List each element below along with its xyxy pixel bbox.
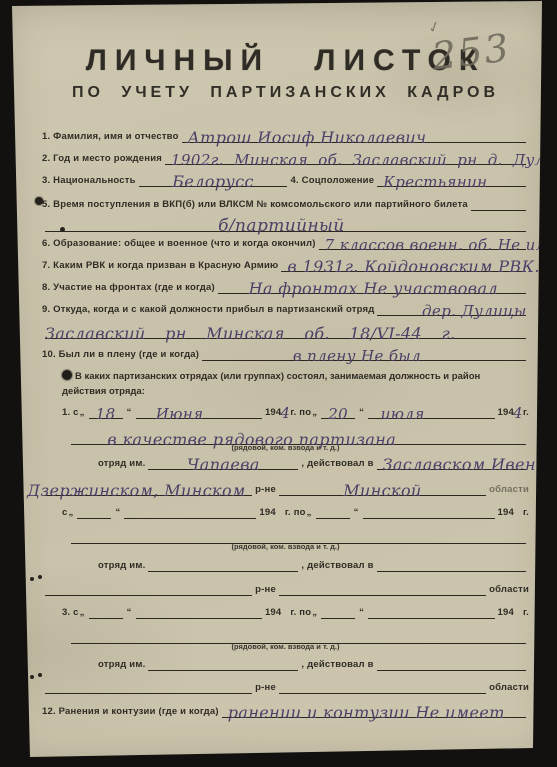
entry-3-day2-line: [321, 606, 355, 619]
quote-close: “: [353, 506, 360, 519]
year-prefix: 194: [498, 606, 514, 619]
po-label: г. по: [290, 406, 311, 419]
field-surname: 1. Фамилия, имя и отчество Атрош Иосиф Н…: [42, 126, 529, 143]
field-captivity-line: в плену Не был: [202, 348, 526, 361]
form-content: ЛИЧНЫЙ ЛИСТОК ✓ 253 ПО УЧЕТУ ПАРТИЗАНСКИ…: [42, 44, 529, 718]
year-prefix: 194: [498, 506, 514, 519]
field-education-line: 7 классов военн. об. Не имеет: [319, 237, 526, 250]
po-label: г. по: [285, 506, 306, 519]
quote-open: „: [311, 606, 318, 619]
field-arrival-row2: Заславский рн Минская об. 18/VI-44 г.: [42, 322, 529, 339]
year-suffix: г.: [523, 506, 529, 519]
entry-2-month2-line: [363, 506, 495, 519]
ink-blot: [35, 197, 43, 205]
field-nationality-social: 3. Национальность Белорусс 4. Соцположен…: [42, 170, 529, 187]
entry-2-role-line: [71, 531, 526, 544]
entry-3-acted-line: [377, 658, 526, 671]
field-social-label: 4. Соцположение: [290, 174, 374, 187]
field-rvk-value: в 1931г. Койдоновским РВК.: [287, 259, 540, 275]
entry-1-acted-line: Заславском Ивенецком: [377, 457, 526, 470]
field-party-line2: б/партийный: [42, 215, 529, 232]
year-prefix: 194: [265, 606, 281, 619]
field-wounds: 12. Ранения и контузии (где и когда) ран…: [42, 701, 529, 718]
entry-1-day: 18: [96, 407, 116, 422]
field-rvk: 7. Каким РВК и когда призван в Красную А…: [42, 255, 529, 272]
ink-blot: [62, 370, 72, 380]
quote-close: “: [126, 606, 133, 619]
quote-close: “: [126, 406, 133, 419]
field-arrival-line2: Заславский рн Минская об. 18/VI-44 г.: [45, 326, 526, 339]
year-prefix: 194: [265, 406, 281, 419]
ink-specks: [30, 675, 34, 679]
field-captivity: 10. Был ли в плену (где и когда) в плену…: [42, 344, 529, 361]
oblast-label: области: [489, 681, 529, 694]
entry-3-district-line: [45, 681, 252, 694]
section11-label: В каких партизанских отрядах (или группа…: [62, 371, 480, 397]
entry-2-district-line: [45, 583, 252, 596]
otryad-label: отряд им.: [98, 559, 145, 572]
field-party-line: б/партийный: [45, 219, 526, 232]
quote-close: “: [114, 506, 121, 519]
entry-1-otryad-line: Чапаева: [148, 457, 298, 470]
year-prefix: 194: [498, 406, 514, 419]
oblast-label: области: [489, 483, 529, 496]
acted-label: , действовал в: [301, 658, 373, 671]
field-rvk-label: 7. Каким РВК и когда призван в Красную А…: [42, 259, 278, 272]
entry-1-month2-line: июля: [368, 406, 494, 419]
entry-1-num: 1. с: [62, 406, 79, 419]
otryad-label: отряд им.: [98, 658, 145, 671]
field-fronts-value: На фронтах Не участвовал: [249, 281, 498, 297]
entry-2-day-line: [77, 506, 111, 519]
field-education-value: 7 классов военн. об. Не имеет: [325, 238, 557, 253]
entry-1-district: Дзержинском, Минском: [27, 483, 246, 499]
year-prefix: 194: [259, 506, 275, 519]
entry-3-otryad-row: отряд им. , действовал в: [42, 654, 529, 671]
entry-2-otryad-line: [148, 559, 298, 572]
entry-3-role-row: [42, 627, 529, 644]
field-wounds-label: 12. Ранения и контузии (где и когда): [42, 705, 219, 718]
oblast-label: области: [489, 583, 529, 596]
otryad-label: отряд им.: [98, 457, 145, 470]
quote-close: “: [358, 406, 365, 419]
field-arrival-line1: дер. Дулицы: [377, 303, 526, 316]
entry-3-otryad-line: [148, 658, 298, 671]
acted-label: , действовал в: [301, 457, 373, 470]
entry-2-month-line: [124, 506, 256, 519]
page-subtitle: ПО УЧЕТУ ПАРТИЗАНСКИХ КАДРОВ: [42, 84, 529, 102]
field-surname-value: Атрош Иосиф Николаевич: [188, 130, 427, 146]
entry-2-district-row: р-не области: [42, 579, 529, 596]
field-social-line: Крестьянин: [377, 174, 526, 187]
field-rvk-line: в 1931г. Койдоновским РВК.: [281, 259, 526, 272]
ink-specks: [30, 577, 34, 581]
entry-1-role-line: в качестве рядового партизана: [71, 432, 526, 445]
scan-background: ЛИЧНЫЙ ЛИСТОК ✓ 253 ПО УЧЕТУ ПАРТИЗАНСКИ…: [0, 0, 557, 767]
rne-label: р-не: [255, 583, 276, 596]
acted-label: , действовал в: [301, 559, 373, 572]
po-label: г. по: [290, 606, 311, 619]
year-suffix: г.: [523, 406, 529, 419]
field-surname-line: Атрош Иосиф Николаевич: [182, 130, 526, 143]
field-birth-label: 2. Год и место рождения: [42, 152, 162, 165]
entry-1-oblast-line: Минской: [279, 483, 486, 496]
field-fronts-label: 8. Участие на фронтах (где и когда): [42, 281, 215, 294]
entry-3-month2-line: [368, 606, 494, 619]
entry-1-day2: 20: [328, 407, 348, 422]
year-suffix: г.: [523, 606, 529, 619]
entry-1-role: в качестве рядового партизана: [107, 432, 396, 448]
field-arrival-value1: дер. Дулицы: [422, 304, 527, 319]
rne-label: р-не: [255, 483, 276, 496]
entry-1-acted: Заславском Ивенецком: [383, 457, 557, 473]
field-birth: 2. Год и место рождения 1902г. Минская о…: [42, 148, 529, 165]
field-birth-line: 1902г. Минская об. Заславский рн д. Дули…: [165, 152, 526, 165]
quote-open: „: [79, 406, 86, 419]
field-party: 5. Время поступления в ВКП(б) или ВЛКСМ …: [42, 194, 529, 211]
field-social-value: Крестьянин: [383, 175, 487, 190]
entry-3-district-row: р-не области: [42, 677, 529, 694]
entry-1-district-line: Дзержинском, Минском: [45, 483, 252, 496]
entry-3-month-line: [136, 606, 262, 619]
quote-open: „: [67, 506, 74, 519]
entry-1-dates: 1. с „ 18 “ Июня 194 4 г. по „ 20 “ июля…: [42, 402, 529, 419]
field-fronts: 8. Участие на фронтах (где и когда) На ф…: [42, 277, 529, 294]
entry-3-dates: 3. с „ “ 194 г. по „ “ 194 г.: [42, 602, 529, 619]
entry-3-day-line: [89, 606, 123, 619]
field-nationality-line: Белорусс: [139, 174, 288, 187]
entry-1-day-line: 18: [89, 406, 123, 419]
field-birth-value: 1902г. Минская об. Заславский рн д. Дули…: [171, 153, 557, 168]
entry-1-otryad: Чапаева: [187, 457, 260, 473]
entry-1-month2: июля: [381, 407, 425, 422]
field-nationality-label: 3. Национальность: [42, 174, 136, 187]
field-wounds-value: ранении и контузии Не имеет: [228, 705, 505, 721]
field-fronts-line: На фронтах Не участвовал: [218, 281, 526, 294]
entry-2-oblast-line: [279, 583, 486, 596]
quote-close: “: [358, 606, 365, 619]
entry-2-role-row: [42, 527, 529, 544]
entry-1-district-row: Дзержинском, Минском р-не Минской област…: [42, 479, 529, 496]
ink-speck: [60, 227, 65, 232]
entry-2-dates: с „ “ 194 г. по „ “ 194 г.: [42, 502, 529, 519]
entry-3-role-line: [71, 631, 526, 644]
quote-open: „: [306, 506, 313, 519]
field-party-label: 5. Время поступления в ВКП(б) или ВЛКСМ …: [42, 198, 468, 211]
field-arrival-label: 9. Откуда, когда и с какой должности при…: [42, 303, 374, 316]
field-education-label: 6. Образование: общее и военное (что и к…: [42, 237, 316, 250]
field-party-line-short: [471, 198, 526, 211]
field-captivity-label: 10. Был ли в плену (где и когда): [42, 348, 199, 361]
quote-open: „: [311, 406, 318, 419]
entry-2-day2-line: [316, 506, 350, 519]
doc-number: 253: [430, 25, 513, 78]
section11-label-row: В каких партизанских отрядах (или группа…: [42, 369, 519, 399]
entry-3-num: 3. с: [62, 606, 79, 619]
header: ЛИЧНЫЙ ЛИСТОК ✓ 253 ПО УЧЕТУ ПАРТИЗАНСКИ…: [42, 44, 529, 102]
doc-number-group: ✓ 253: [432, 30, 511, 74]
entry-1-oblast: Минской: [343, 483, 421, 499]
entry-1-month-line: Июня: [136, 406, 262, 419]
field-education: 6. Образование: общее и военное (что и к…: [42, 233, 529, 250]
entry-1-otryad-row: отряд им. Чапаева , действовал в Заславс…: [42, 453, 529, 470]
entry-3-oblast-line: [279, 681, 486, 694]
entry-1-day2-line: 20: [321, 406, 355, 419]
field-wounds-line: ранении и контузии Не имеет: [222, 705, 526, 718]
entry-1-role-row: в качестве рядового партизана: [42, 428, 529, 445]
entry-2-otryad-row: отряд им. , действовал в: [42, 555, 529, 572]
field-surname-label: 1. Фамилия, имя и отчество: [42, 130, 179, 143]
field-captivity-value: в плену Не был: [293, 349, 421, 364]
entry-2-acted-line: [377, 559, 526, 572]
field-nationality-value: Белорусс: [172, 174, 254, 190]
entry-1-month: Июня: [156, 407, 204, 422]
entry-1-year: 4: [280, 404, 290, 422]
quote-open: „: [79, 606, 86, 619]
rne-label: р-не: [255, 681, 276, 694]
document-paper: ЛИЧНЫЙ ЛИСТОК ✓ 253 ПО УЧЕТУ ПАРТИЗАНСКИ…: [0, 0, 557, 767]
field-arrival-value2: Заславский рн Минская об. 18/VI-44 г.: [45, 326, 456, 342]
entry-1-year2: 4: [513, 404, 523, 422]
field-arrival: 9. Откуда, когда и с какой должности при…: [42, 299, 529, 316]
